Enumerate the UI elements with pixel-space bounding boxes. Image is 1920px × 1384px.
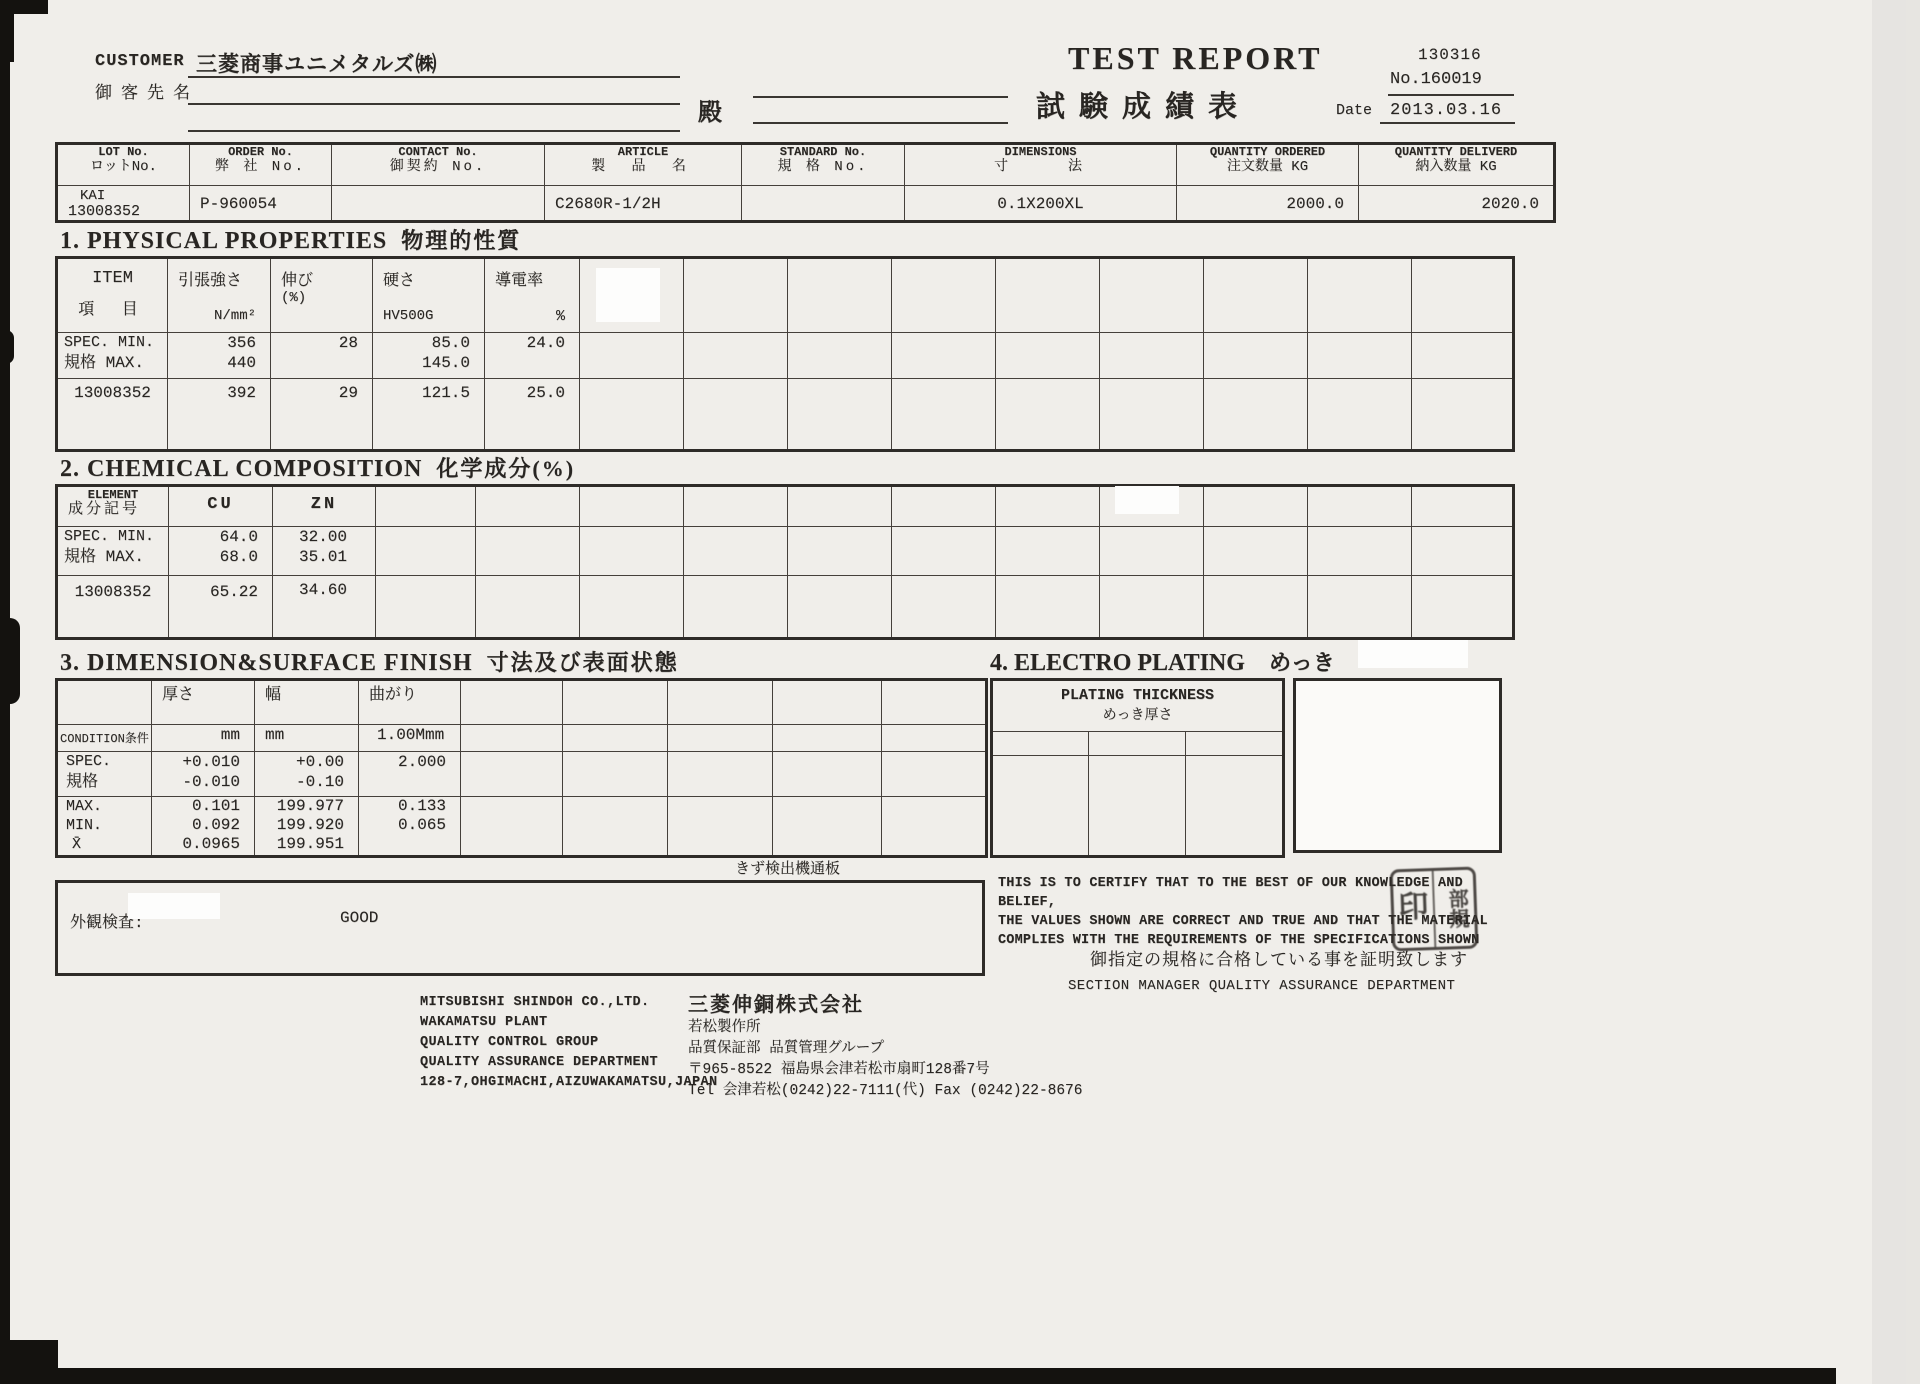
spec-camber-cell: 2.000 (359, 752, 461, 797)
plating-label-jp: めっき厚さ (993, 704, 1282, 724)
condition-label-cell: CONDITION条件 (57, 725, 152, 752)
spec-conduct-cell: 24.0 (485, 333, 580, 379)
empty-cell (580, 378, 684, 450)
hard-header-cell: 硬さHV500G (373, 258, 485, 333)
cu-max: 68.0 (169, 547, 272, 567)
elong-label: 伸び (271, 259, 372, 290)
dimensions-header-cell: DIMENSIONS寸法 (905, 144, 1177, 186)
empty-cell (1308, 258, 1412, 333)
hard-value: 121.5 (373, 379, 484, 403)
spec-tensile-cell: 356440 (168, 333, 271, 379)
empty-cell (376, 486, 476, 527)
cu-result-cell: 65.22 (169, 575, 273, 638)
lot-label-en: LOT No. (58, 145, 189, 159)
spec-label-line2: 規格 MAX. (58, 547, 168, 567)
empty-cell (773, 752, 882, 797)
order-summary-table: LOT No.ロットNo. ORDER No.弊 社 No. CONTACT N… (55, 142, 1553, 219)
empty-cell (1186, 732, 1284, 756)
section4-heading-jp: めっき (1269, 650, 1335, 675)
footer-company-jp: 三菱伸銅株式会社 若松製作所 品質保証部 品質管理グループ 〒965-8522 … (688, 988, 1082, 1102)
empty-cell (376, 575, 476, 638)
camber-header-cell: 曲がり (359, 680, 461, 725)
empty-cell (563, 680, 668, 725)
lot-result-cell: 13008352 (57, 378, 168, 450)
empty-cell (668, 797, 773, 857)
element-header-cell: ELEMENT成分記号 (57, 486, 169, 527)
empty-cell (376, 526, 476, 575)
test-report-page: CUSTOMER 御客先名 三菱商事ユニメタルズ㈱ 殿 TEST REPORT … (0, 0, 1920, 1384)
hard-label: 硬さ (373, 259, 484, 290)
cond-camber-cell: 1.00Mmm (359, 725, 461, 752)
report-no-underline (1388, 94, 1514, 96)
cond-thickness-cell: mm (152, 725, 255, 752)
empty-cell (992, 732, 1089, 756)
cu-min: 64.0 (169, 527, 272, 547)
conduct-label: 導電率 (485, 259, 579, 290)
empty-cell (684, 258, 788, 333)
approval-stamp-seal: 印 部規 (1390, 867, 1479, 952)
empty-cell (892, 333, 996, 379)
order-header-cell: ORDER No.弊 社 No. (190, 144, 332, 186)
scan-edge-bottom (0, 1368, 1836, 1384)
customer-underline-3 (188, 130, 680, 132)
footer-left-line: QUALITY CONTROL GROUP (420, 1033, 718, 1053)
empty-cell (1308, 333, 1412, 379)
empty-cell (684, 526, 788, 575)
thickness-header-cell: 厚さ (152, 680, 255, 725)
empty-cell (476, 526, 580, 575)
footer-company-name: 三菱伸銅株式会社 (688, 988, 1082, 1018)
zn-value: 34.60 (273, 576, 375, 600)
footer-company-en: MITSUBISHI SHINDOH CO.,LTD. WAKAMATSU PL… (420, 993, 718, 1093)
whiteout-patch (1358, 640, 1468, 668)
footer-right-line: 若松製作所 (688, 1018, 1082, 1039)
empty-cell (1100, 258, 1204, 333)
section4-heading: 4. ELECTRO PLATING めっき (990, 646, 1335, 677)
customer-underline-2 (188, 103, 680, 105)
empty-cell (996, 258, 1100, 333)
qty-delivered-header-cell: QUANTITY DELIVERD納入数量 KG (1359, 144, 1555, 186)
customer-label-jp: 御客先名 (95, 78, 199, 104)
cu-value: 65.22 (169, 576, 272, 602)
standard-label-jp: 規 格 No. (742, 159, 904, 176)
scan-edge-bottom-left (0, 1340, 58, 1384)
tensile-header-cell: 引張強さN/mm² (168, 258, 271, 333)
tensile-unit: N/mm² (168, 290, 270, 324)
spec-tensile-max: 440 (168, 353, 270, 373)
empty-cell (1412, 258, 1514, 333)
spec-label-line1: SPEC. MIN. (58, 527, 168, 547)
empty-cell (882, 797, 987, 857)
scan-blotch-left-2 (0, 330, 14, 364)
empty-cell (773, 725, 882, 752)
spec-elong-min: 28 (271, 333, 372, 353)
thickness-result-cell: 0.1010.0920.0965 (152, 797, 255, 857)
conduct-header-cell: 導電率% (485, 258, 580, 333)
empty-cell (580, 575, 684, 638)
date-value: 2013.03.16 (1390, 101, 1502, 120)
empty-cell (1100, 526, 1204, 575)
contact-label-jp: 御契約 No. (332, 159, 544, 176)
section1-heading-jp: 物理的性質 (401, 228, 521, 253)
report-no-value: 160019 (1421, 70, 1482, 89)
dimension-table: 厚さ 幅 曲がり CONDITION条件 mm mm 1.00Mmm SPEC.… (55, 678, 985, 855)
scan-shade-right (1872, 0, 1920, 1384)
stamp-column-2: 部規 (1432, 870, 1476, 947)
min-camber: 0.065 (359, 816, 460, 835)
empty-cell (996, 333, 1100, 379)
xbar-thickness: 0.0965 (152, 835, 254, 854)
spec-zn-cell: 32.0035.01 (273, 526, 376, 575)
element-label-jp: 成分記号 (58, 501, 168, 518)
elong-result-cell: 29 (271, 378, 373, 450)
element-label-en: ELEMENT (58, 487, 168, 501)
appearance-value: GOOD (340, 909, 378, 927)
stamp-column-1: 印 (1393, 871, 1435, 948)
section2-heading: 2. CHEMICAL COMPOSITION 化学成分(%) (60, 452, 715, 487)
zn-min: 32.00 (273, 527, 375, 547)
empty-cell (684, 486, 788, 527)
empty-cell (892, 526, 996, 575)
section1-heading: 1. PHYSICAL PROPERTIES 物理的性質 (60, 224, 700, 259)
tensile-value: 392 (168, 379, 270, 403)
empty-cell (1204, 378, 1308, 450)
dimensions-label-en: DIMENSIONS (905, 145, 1176, 159)
spec-tensile-min: 356 (168, 333, 270, 353)
zn-result-cell: 34.60 (273, 575, 376, 638)
customer-name: 三菱商事ユニメタルズ㈱ (196, 48, 437, 78)
empty-cell (684, 378, 788, 450)
plating-label-en: PLATING THICKNESS (993, 681, 1282, 704)
standard-header-cell: STANDARD No.規 格 No. (742, 144, 905, 186)
lot-result-cell: 13008352 (57, 575, 169, 638)
customer-label: CUSTOMER (95, 52, 185, 71)
whiteout-patch (128, 893, 220, 919)
empty-cell (1089, 732, 1186, 756)
empty-cell (461, 680, 563, 725)
empty-cell (892, 378, 996, 450)
spec-width-cell: +0.00-0.10 (255, 752, 359, 797)
spec-conduct-min: 24.0 (485, 333, 579, 353)
scan-blotch-left (0, 618, 20, 704)
empty-cell (1308, 526, 1412, 575)
spec-thickness-minus: -0.010 (152, 772, 254, 792)
spec-hard-min: 85.0 (373, 333, 484, 353)
empty-cell (580, 486, 684, 527)
spec-label-line2: 規格 (58, 772, 151, 792)
empty-cell (461, 725, 563, 752)
empty-cell (788, 258, 892, 333)
elong-unit: (%) (271, 290, 372, 306)
lot-value-cell: KAI13008352 (57, 186, 190, 222)
empty-cell (1308, 378, 1412, 450)
empty-cell (882, 680, 987, 725)
order-label-en: ORDER No. (190, 145, 331, 159)
whiteout-patch (596, 268, 660, 322)
item-header-cell: ITEM項 目 (57, 258, 168, 333)
empty-cell (1308, 486, 1412, 527)
report-no: No.160019 (1390, 70, 1482, 89)
empty-cell (476, 575, 580, 638)
dimensions-value-cell: 0.1X200XL (905, 186, 1177, 222)
empty-cell (668, 752, 773, 797)
mid-underline-1 (753, 96, 1008, 98)
lot-number: 13008352 (58, 576, 168, 602)
standard-value-cell (742, 186, 905, 222)
empty-cell (563, 797, 668, 857)
spec-camber: 2.000 (359, 752, 460, 772)
empty-cell (563, 752, 668, 797)
qty-delivered-label-jp: 納入数量 KG (1359, 159, 1553, 176)
row-xbar-label: X̄ (58, 835, 151, 854)
empty-cell (580, 526, 684, 575)
empty-cell (996, 378, 1100, 450)
spec-label-line1: SPEC. (58, 752, 151, 772)
conduct-result-cell: 25.0 (485, 378, 580, 450)
qty-ordered-label-jp: 注文数量 KG (1177, 159, 1358, 176)
section3-heading-en: 3. DIMENSION&SURFACE FINISH (60, 650, 473, 676)
spec-label-line2: 規格 MAX. (58, 353, 167, 373)
row-min-label: MIN. (58, 816, 151, 835)
item-label-jp: 項 目 (58, 288, 167, 319)
lot-number: 13008352 (58, 379, 167, 403)
qty-ordered-value-cell: 2000.0 (1177, 186, 1359, 222)
empty-cell (788, 378, 892, 450)
tono-honorific: 殿 (698, 92, 722, 128)
conduct-unit: % (485, 290, 579, 325)
spec-thickness-plus: +0.010 (152, 752, 254, 772)
cert-line4-jp: 御指定の規格に合格している事を証明致します (998, 950, 1523, 974)
elong-header-cell: 伸び(%) (271, 258, 373, 333)
spec-cu-cell: 64.068.0 (169, 526, 273, 575)
section1-heading-en: 1. PHYSICAL PROPERTIES (60, 228, 387, 254)
zn-max: 35.01 (273, 547, 375, 567)
empty-cell (996, 486, 1100, 527)
footer-right-line: 品質保証部 品質管理グループ (688, 1039, 1082, 1060)
date-label: Date (1336, 102, 1372, 119)
empty-cell (684, 333, 788, 379)
empty-cell (882, 725, 987, 752)
min-thickness: 0.092 (152, 816, 254, 835)
section2-heading-en: 2. CHEMICAL COMPOSITION (60, 456, 422, 482)
cu-header-cell: CU (169, 486, 273, 527)
section3-heading-jp: 寸法及び表面状態 (487, 650, 679, 675)
empty-cell (461, 797, 563, 857)
empty-cell (1412, 378, 1514, 450)
lot-value-line1: KAI (68, 189, 189, 204)
empty-cell (996, 526, 1100, 575)
empty-cell (1308, 575, 1412, 638)
empty-cell (1089, 756, 1186, 857)
empty-cell (1204, 526, 1308, 575)
contact-header-cell: CONTACT No.御契約 No. (332, 144, 545, 186)
report-title-jp: 試験成績表 (1036, 84, 1251, 125)
empty-cell (788, 575, 892, 638)
spec-label-cell: SPEC.規格 (57, 752, 152, 797)
plating-header-cell: PLATING THICKNESS めっき厚さ (992, 680, 1284, 732)
contact-value-cell (332, 186, 545, 222)
conduct-value: 25.0 (485, 379, 579, 403)
whiteout-patch (1115, 486, 1179, 514)
max-camber: 0.133 (359, 797, 460, 816)
zn-label: ZN (273, 487, 375, 514)
footer-left-line: WAKAMATSU PLANT (420, 1013, 718, 1033)
empty-cell (892, 486, 996, 527)
empty-cell (773, 797, 882, 857)
cu-label: CU (169, 487, 272, 514)
empty-cell (461, 752, 563, 797)
empty-cell (788, 526, 892, 575)
qty-ordered-header-cell: QUANTITY ORDERED注文数量 KG (1177, 144, 1359, 186)
empty-cell (1100, 378, 1204, 450)
empty-cell (1204, 333, 1308, 379)
footer-left-line: QUALITY ASSURANCE DEPARTMENT (420, 1053, 718, 1073)
spec-label-cell: SPEC. MIN.規格 MAX. (57, 333, 168, 379)
result-label-cell: MAX.MIN.X̄ (57, 797, 152, 857)
section2-heading-jp: 化学成分(%) (436, 456, 575, 481)
spec-label-cell: SPEC. MIN.規格 MAX. (57, 526, 169, 575)
empty-cell (788, 333, 892, 379)
max-thickness: 0.101 (152, 797, 254, 816)
section3-heading: 3. DIMENSION&SURFACE FINISH 寸法及び表面状態 (60, 646, 860, 681)
max-width: 199.977 (255, 797, 358, 816)
qty-delivered-value-cell: 2020.0 (1359, 186, 1555, 222)
article-label-jp: 製 品 名 (545, 159, 741, 176)
footer-left-line: 128-7,OHGIMACHI,AIZUWAKAMATSU,JAPAN (420, 1073, 718, 1093)
article-header-cell: ARTICLE製 品 名 (545, 144, 742, 186)
date-underline (1380, 122, 1515, 124)
tensile-label: 引張強さ (168, 259, 270, 290)
lot-value-line2: 13008352 (68, 204, 189, 220)
empty-cell (1412, 575, 1514, 638)
empty-cell (684, 575, 788, 638)
plating-side-box (1293, 678, 1502, 853)
min-width: 199.920 (255, 816, 358, 835)
report-title-en: TEST REPORT (1068, 40, 1322, 77)
footer-right-line: Tel 会津若松(0242)22-7111(代) Fax (0242)22-86… (688, 1081, 1082, 1102)
article-value-cell: C2680R-1/2H (545, 186, 742, 222)
empty-cell (992, 756, 1089, 857)
empty-cell (1412, 526, 1514, 575)
report-date: Date 2013.03.16 (1336, 101, 1502, 120)
article-label-en: ARTICLE (545, 145, 741, 159)
empty-cell (773, 680, 882, 725)
hard-result-cell: 121.5 (373, 378, 485, 450)
footer-left-line: MITSUBISHI SHINDOH CO.,LTD. (420, 993, 718, 1013)
empty-cell (788, 486, 892, 527)
spec-hard-max: 145.0 (373, 353, 484, 373)
row-max-label: MAX. (58, 797, 151, 816)
spec-hard-cell: 85.0145.0 (373, 333, 485, 379)
width-header-cell: 幅 (255, 680, 359, 725)
empty-cell (1412, 333, 1514, 379)
empty-cell (476, 486, 580, 527)
empty-cell (1100, 575, 1204, 638)
mid-underline-2 (753, 122, 1008, 124)
order-value-cell: P-960054 (190, 186, 332, 222)
empty-cell (668, 725, 773, 752)
electro-plating-table: PLATING THICKNESS めっき厚さ (990, 678, 1282, 855)
empty-cell (1100, 333, 1204, 379)
xbar-width: 199.951 (255, 835, 358, 854)
empty-cell (668, 680, 773, 725)
empty-cell (892, 258, 996, 333)
hard-unit: HV500G (373, 290, 484, 324)
footer-right-line: 〒965-8522 福島県会津若松市扇町128番7号 (688, 1060, 1082, 1081)
chemical-composition-table: ELEMENT成分記号 CU ZN SPEC. MIN.規格 MAX. 64.0… (55, 484, 1512, 640)
empty-cell (892, 575, 996, 638)
lot-label-jp: ロットNo. (58, 159, 189, 176)
elong-value: 29 (271, 379, 372, 403)
qty-delivered-label-en: QUANTITY DELIVERD (1359, 145, 1553, 159)
dimensions-label-jp: 寸法 (905, 159, 1176, 176)
scratch-detector-note: きず検出機通板 (735, 857, 840, 878)
width-result-cell: 199.977199.920199.951 (255, 797, 359, 857)
scan-edge-top-left-2 (0, 0, 14, 62)
zn-header-cell: ZN (273, 486, 376, 527)
physical-properties-table: ITEM項 目 引張強さN/mm² 伸び(%) 硬さHV500G 導電率% SP… (55, 256, 1512, 452)
empty-cell (580, 333, 684, 379)
empty-cell (1204, 575, 1308, 638)
spec-width-minus: -0.10 (255, 772, 358, 792)
cond-width-cell: mm (255, 725, 359, 752)
order-label-jp: 弊 社 No. (190, 159, 331, 176)
empty-cell (1412, 486, 1514, 527)
empty-cell (996, 575, 1100, 638)
row-label-header-cell (57, 680, 152, 725)
camber-result-cell: 0.1330.065 (359, 797, 461, 857)
spec-elong-cell: 28 (271, 333, 373, 379)
report-no-label: No. (1390, 70, 1421, 89)
spec-thickness-cell: +0.010-0.010 (152, 752, 255, 797)
customer-underline-1 (188, 76, 680, 78)
empty-cell (563, 725, 668, 752)
empty-cell (1186, 756, 1284, 857)
lot-header-cell: LOT No.ロットNo. (57, 144, 190, 186)
qty-ordered-label-en: QUANTITY ORDERED (1177, 145, 1358, 159)
spec-width-plus: +0.00 (255, 752, 358, 772)
report-code: 130316 (1418, 46, 1482, 64)
spec-label-line1: SPEC. MIN. (58, 333, 167, 353)
tensile-result-cell: 392 (168, 378, 271, 450)
section4-heading-en: 4. ELECTRO PLATING (990, 650, 1245, 676)
standard-label-en: STANDARD No. (742, 145, 904, 159)
empty-cell (1204, 258, 1308, 333)
empty-cell (1204, 486, 1308, 527)
item-label-en: ITEM (58, 259, 167, 288)
contact-label-en: CONTACT No. (332, 145, 544, 159)
empty-cell (882, 752, 987, 797)
